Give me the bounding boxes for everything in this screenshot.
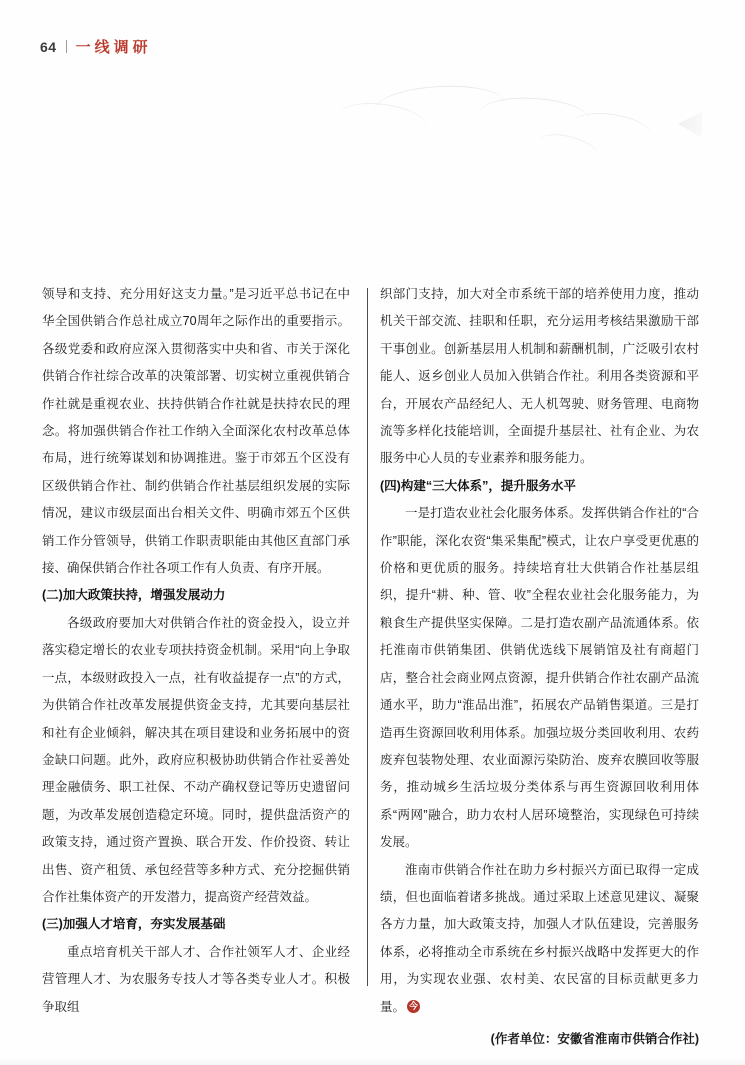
page-number: 64 [40,39,57,55]
faded-photo-remnant [320,78,720,168]
paragraph: 淮南市供销合作社在助力乡村振兴方面已取得一定成绩，但也面临着诸多挑战。通过采取上… [380,857,699,1021]
heading-text: (三)加强人才培育，夯实发展基础 [42,917,225,931]
paragraph-text: 淮南市供销合作社在助力乡村振兴方面已取得一定成绩，但也面临着诸多挑战。通过采取上… [380,863,699,1014]
paragraph-text: 各级政府要加大对供销合作社的资金投入，设立并落实稳定增长的农业专项扶持资金机制。… [42,616,350,904]
paragraph-text: 领导和支持、充分用好这支力量。”是习近平总书记在中华全国供销合作总社成立70周年… [42,287,350,575]
paragraph-text: 织部门支持，加大对全市系统干部的培养使用力度，推动机关干部交流、挂职和任职，充分… [380,287,699,465]
paragraph: 领导和支持、充分用好这支力量。”是习近平总书记在中华全国供销合作总社成立70周年… [42,281,350,582]
left-column: 领导和支持、充分用好这支力量。”是习近平总书记在中华全国供销合作总社成立70周年… [42,281,350,1021]
header-divider [66,40,67,53]
author-credit-text: (作者单位：安徽省淮南市供销合作社) [491,1032,699,1046]
page-header: 64 一线调研 [40,36,152,57]
magazine-page: 64 一线调研 领导和支持、充分用好这支力量。”是习近平总书记在中华全国供销合作… [0,0,745,1065]
paragraph: 一是打造农业社会化服务体系。发挥供销合作社的“合作”职能，深化农资“集采集配”模… [380,500,699,856]
paragraph-text: 一是打造农业社会化服务体系。发挥供销合作社的“合作”职能，深化农资“集采集配”模… [380,506,699,849]
paragraph: 各级政府要加大对供销合作社的资金投入，设立并落实稳定增长的农业专项扶持资金机制。… [42,610,350,911]
page-bottom-shade [0,1057,745,1065]
faded-wedge-decoration [678,112,702,138]
subsection-heading: (四)构建“三大体系”，提升服务水平 [380,473,699,500]
faded-curve-decoration [479,94,591,139]
faded-curve-decoration [374,83,506,131]
heading-text: (二)加大政策扶持，增强发展动力 [42,588,225,602]
faded-curve-decoration [336,98,430,145]
right-column: 织部门支持，加大对全市系统干部的培养使用力度，推动机关干部交流、挂职和任职，充分… [380,281,699,1053]
paragraph-text: 重点培育机关干部人才、合作社领军人才、企业经营管理人才、为农服务专技人才等各类专… [42,945,350,1014]
article-end-icon-glyph: 今 [407,1000,420,1013]
faded-curve-decoration [570,108,654,151]
paragraph: 织部门支持，加大对全市系统干部的培养使用力度，推动机关干部交流、挂职和任职，充分… [380,281,699,473]
subsection-heading: (三)加强人才培育，夯实发展基础 [42,911,350,938]
section-title: 一线调研 [76,36,152,57]
subsection-heading: (二)加大政策扶持，增强发展动力 [42,582,350,609]
paragraph: 重点培育机关干部人才、合作社领军人才、企业经营管理人才、为农服务专技人才等各类专… [42,939,350,1021]
author-credit: (作者单位：安徽省淮南市供销合作社) [380,1026,699,1053]
faded-curve-decoration [536,129,600,168]
column-divider-rule [367,288,368,986]
article-end-icon: 今 [407,1000,420,1013]
heading-text: (四)构建“三大体系”，提升服务水平 [380,479,576,493]
